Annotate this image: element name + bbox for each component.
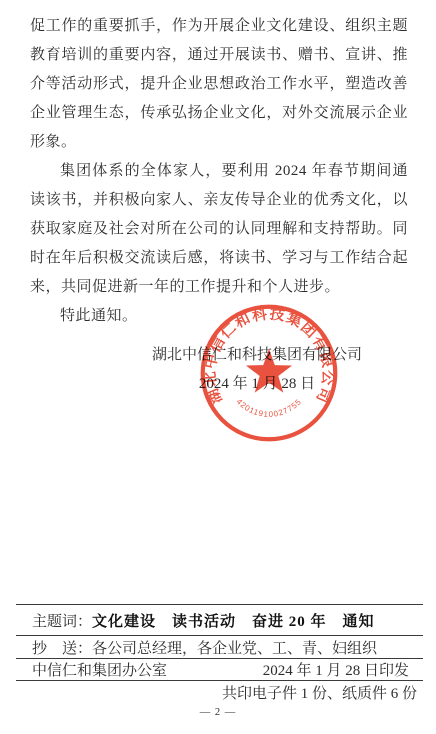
copies-info: 共印电子件 1 份、纸质件 6 份 (222, 682, 417, 703)
issue-date: 2024 年 1 月 28 日印发 (263, 659, 409, 680)
subject-keywords: 文化建设 读书活动 奋进 20 年 通知 (92, 610, 375, 631)
subject-label: 主题词： (32, 610, 92, 631)
cc-label: 抄 送： (32, 637, 92, 658)
footer-meta-table: 主题词： 文化建设 读书活动 奋进 20 年 通知 抄 送： 各公司总经理，各企… (16, 604, 423, 703)
body-paragraph: 促工作的重要抓手，作为开展企业文化建设、组织主题教育培训的重要内容，通过开展读书… (30, 12, 408, 157)
red-star-icon (246, 349, 292, 393)
page-number: — 2 — (0, 707, 436, 718)
issuer-office: 中信仁和集团办公室 (32, 659, 167, 680)
copies-row: 共印电子件 1 份、纸质件 6 份 (16, 681, 423, 703)
seal-registration-number: 42011910027755 (235, 397, 304, 419)
issuer-row: 中信仁和集团办公室 2024 年 1 月 28 日印发 (16, 659, 423, 681)
document-page: 促工作的重要抓手，作为开展企业文化建设、组织主题教育培训的重要内容，通过开展读书… (0, 0, 436, 734)
subject-row: 主题词： 文化建设 读书活动 奋进 20 年 通知 (16, 605, 423, 636)
cc-value: 各公司总经理，各企业党、工、青、妇组织 (92, 637, 377, 658)
official-seal: 湖北中信仁和科技集团有限公司 42011910027755 (199, 303, 339, 443)
body-paragraph: 集团体系的全体家人，要利用 2024 年春节期间通读该书，并积极向家人、亲友传导… (30, 157, 408, 302)
document-body: 促工作的重要抓手，作为开展企业文化建设、组织主题教育培训的重要内容，通过开展读书… (30, 12, 408, 331)
cc-row: 抄 送： 各公司总经理，各企业党、工、青、妇组织 (16, 636, 423, 659)
svg-text:42011910027755: 42011910027755 (235, 397, 304, 419)
